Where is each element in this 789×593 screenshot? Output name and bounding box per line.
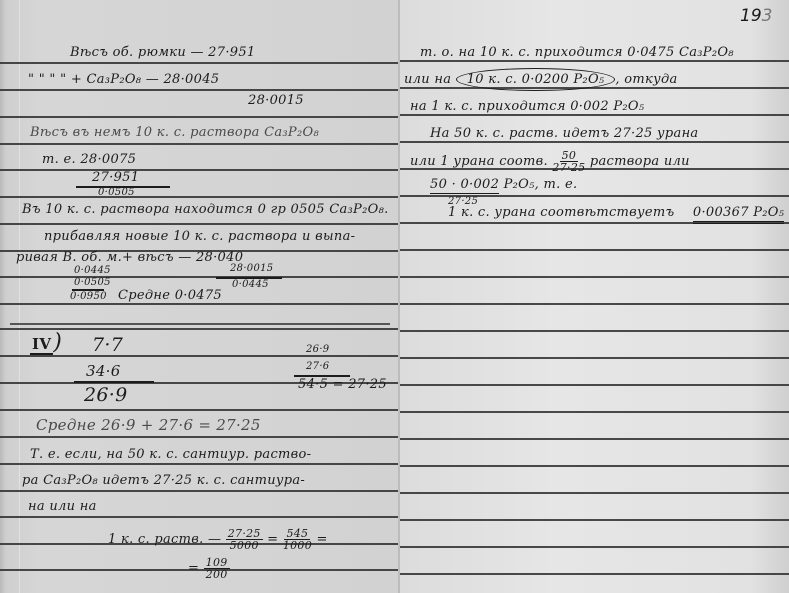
ruled-line: [0, 89, 400, 91]
ruled-line: [400, 384, 789, 386]
subtrahend-2: 28·0015: [230, 264, 273, 274]
ruled-line: [0, 436, 400, 438]
titration-value-2: 34·6: [86, 364, 121, 379]
ratio-fraction: 5027·25: [552, 150, 585, 173]
conclusion-line-2: ра Ca₃P₂O₈ идетъ 27·25 к. с. сантиура-: [22, 474, 305, 487]
average-sum: 54·5 = 27·25: [298, 378, 387, 391]
ruled-line: [400, 249, 789, 251]
mean-titration-line: Средне 26·9 + 27·6 = 27·25: [36, 418, 261, 433]
ruled-line: [400, 492, 789, 494]
fraction-2: 5451000: [283, 528, 312, 551]
ruled-line: [400, 465, 789, 467]
right-line-2: или на 10 к. с. 0·0200 P₂O₅, откуда: [404, 73, 678, 86]
ruled-line: [0, 490, 400, 492]
page-number: 193: [740, 6, 772, 26]
circled-result: 10 к. с. 0·0200 P₂O₅: [456, 68, 616, 91]
titration-bar: [74, 381, 154, 383]
right-notebook-page: 193 т. о. на 10 к. с. приходится 0·0475 …: [400, 0, 789, 593]
mean-result: Средне 0·0475: [118, 289, 222, 302]
ruled-line: [400, 411, 789, 413]
ruled-line: [0, 463, 400, 465]
ruled-line: [400, 114, 789, 116]
weight-repeat: 28·0015: [248, 94, 304, 107]
sum-addend-1: 0·0445: [74, 266, 111, 276]
sum-addend-2: 0·0505: [74, 278, 111, 288]
fraction-3: 109200: [204, 557, 230, 580]
fraction-1: 27·255000: [226, 528, 263, 551]
subtraction-minuend: т. е. 28·0075: [42, 153, 136, 166]
subtraction-subtrahend: 27·951: [92, 171, 139, 184]
titration-value-1: 7·7: [92, 336, 123, 355]
result-10cc-line: Въ 10 к. с. раствора находится 0 гр 0505…: [22, 203, 389, 216]
ruled-line: [0, 303, 400, 305]
section-IV-label: IV): [30, 332, 62, 354]
left-notebook-page: Вѣсъ об. рюмки — 27·951 " " " " + Ca₃P₂O…: [0, 0, 400, 593]
final-result: 0·00367 P₂O₅: [693, 205, 784, 224]
ruled-line: [400, 330, 789, 332]
ruled-line: [0, 169, 400, 171]
per-cc-calculation: 1 к. с. раств. — 27·255000 = 5451000 =: [108, 528, 328, 551]
sum-result: 0·0950: [70, 292, 107, 302]
ruled-line: [400, 276, 789, 278]
section-divider: [10, 323, 390, 325]
added-solution-line: прибавляя новые 10 к. с. раствора и выпа…: [44, 230, 355, 243]
subtraction-result: 0·0505: [98, 188, 135, 198]
ruled-line: [0, 409, 400, 411]
conclusion-line-1: Т. е. если, на 50 к. с. сантиур. раство-: [30, 448, 311, 461]
right-line-3: на 1 к. с. приходится 0·002 P₂O₅: [410, 100, 644, 113]
right-line-7: 1 к. с. урана соотвѣтствуетъ 0·00367 P₂O…: [448, 206, 784, 219]
ruled-line: [0, 223, 400, 225]
evaporation-weight-line: ривая В. об. м.+ вѣсъ — 28·040: [16, 251, 243, 264]
ruled-line: [400, 357, 789, 359]
right-line-6: 50 · 0·002 P₂O₅, т. е.: [430, 178, 577, 191]
ruled-line: [0, 143, 400, 145]
ruled-line: [400, 438, 789, 440]
per-cc-simplified: = 109200: [188, 557, 230, 580]
right-line-5: или 1 урана соотв. 5027·25 раствора или: [410, 150, 690, 173]
difference-2: 0·0445: [232, 280, 269, 290]
right-line-4: На 50 к. с. раств. идетъ 27·25 урана: [430, 127, 698, 140]
titration-difference: 26·9: [84, 386, 128, 405]
average-addend-1: 26·9: [306, 345, 329, 355]
ruled-line: [400, 519, 789, 521]
average-addend-2: 27·6: [306, 362, 329, 372]
ruled-line: [0, 355, 400, 357]
conclusion-line-3: на или на: [28, 500, 97, 513]
ruled-line: [400, 87, 789, 89]
right-line-1: т. о. на 10 к. с. приходится 0·0475 Ca₃P…: [420, 46, 734, 59]
ruled-line: [400, 573, 789, 575]
ruled-line: [400, 303, 789, 305]
ruled-line: [400, 60, 789, 62]
weight-empty-beaker: Вѣсъ об. рюмки — 27·951: [70, 46, 255, 59]
ruled-line: [0, 62, 400, 64]
weight-in-10cc-line: Вѣсъ въ немъ 10 к. с. раствора Ca₃P₂O₈: [30, 126, 319, 139]
ruled-line: [0, 276, 400, 278]
ruled-line: [400, 546, 789, 548]
ruled-line: [400, 141, 789, 143]
ruled-line: [0, 196, 400, 198]
ruled-line: [0, 516, 400, 518]
ruled-line: [0, 116, 400, 118]
weight-beaker-with-precipitate: " " " " + Ca₃P₂O₈ — 28·0045: [28, 73, 219, 86]
